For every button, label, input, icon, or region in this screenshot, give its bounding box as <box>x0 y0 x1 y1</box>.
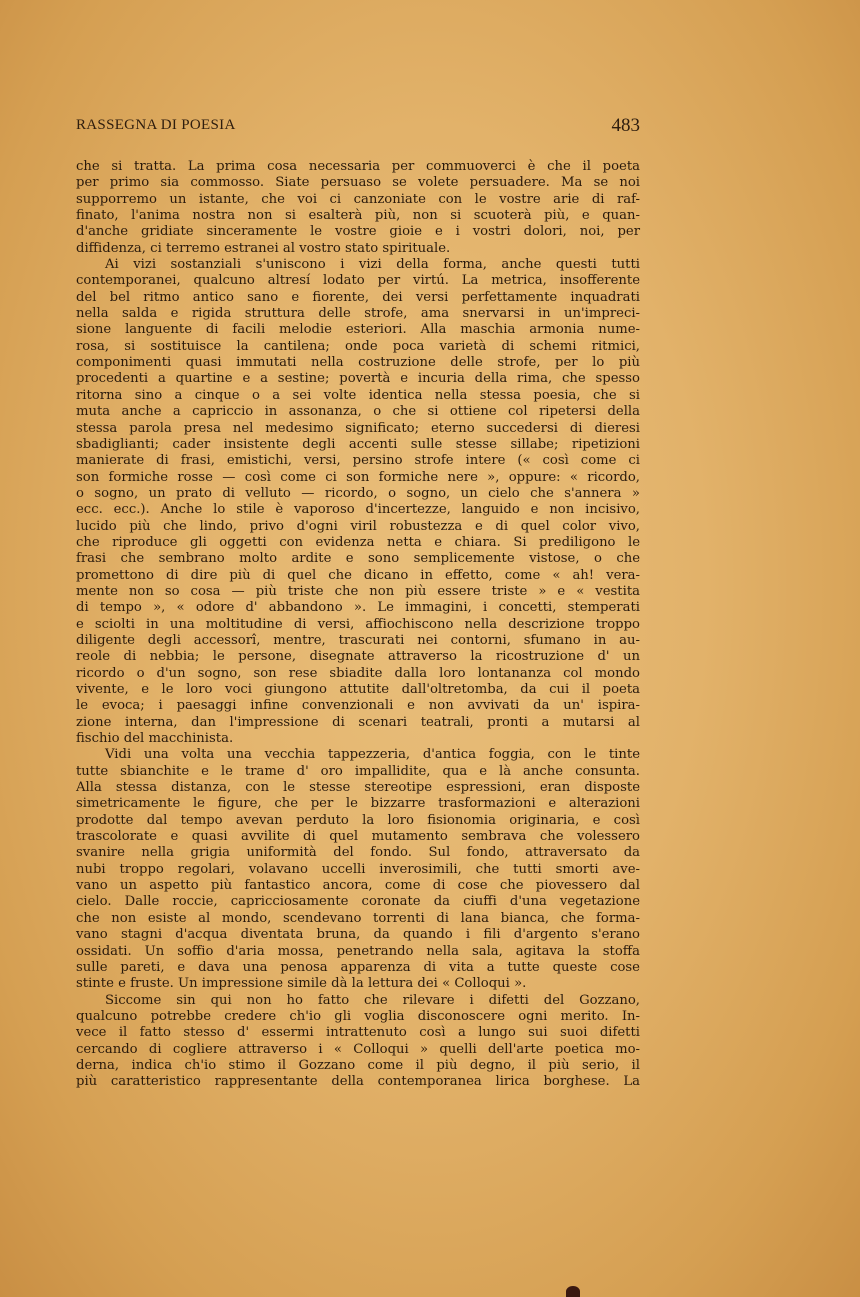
running-title: RASSEGNA DI POESIA <box>76 117 236 134</box>
text-line: muta anche a capriccio in assonanza, o c… <box>76 404 640 420</box>
text-line: svanire nella grigia uniformità del fond… <box>76 845 640 861</box>
body-text: che si tratta. La prima cosa necessaria … <box>76 159 640 1091</box>
text-line: diligente degli accessorî, mentre, trasc… <box>76 633 640 649</box>
text-line: vivente, e le loro voci giungono attutit… <box>76 682 640 698</box>
text-line: Ai vizi sostanziali s'uniscono i vizi de… <box>76 257 640 273</box>
text-line: d'anche gridiate sinceramente le vostre … <box>76 224 640 240</box>
text-line: stinte e fruste. Un impressione simile d… <box>76 976 640 992</box>
text-line: sbadiglianti; cader insistente degli acc… <box>76 437 640 453</box>
text-line: diffidenza, ci terremo estranei al vostr… <box>76 241 640 257</box>
text-line: procedenti a quartine e a sestine; pover… <box>76 371 640 387</box>
page-header: RASSEGNA DI POESIA 483 <box>76 115 640 139</box>
text-line: stessa parola presa nel medesimo signifi… <box>76 421 640 437</box>
text-line: cercando di cogliere attraverso i « Coll… <box>76 1042 640 1058</box>
text-line: ecc. ecc.). Anche lo stile è vaporoso d'… <box>76 502 640 518</box>
page-number: 483 <box>612 115 641 137</box>
text-line: ricordo o d'un sogno, son rese sbiadite … <box>76 666 640 682</box>
text-line: son formiche rosse — così come ci son fo… <box>76 470 640 486</box>
text-line: finato, l'anima nostra non si esalterà p… <box>76 208 640 224</box>
text-line: vano un aspetto più fantastico ancora, c… <box>76 878 640 894</box>
text-line: nella salda e rigida struttura delle str… <box>76 306 640 322</box>
text-line: simetricamente le figure, che per le biz… <box>76 796 640 812</box>
text-line: ossidati. Un soffio d'aria mossa, penetr… <box>76 944 640 960</box>
paragraph: Vidi una volta una vecchia tappezzeria, … <box>76 747 640 992</box>
text-line: Vidi una volta una vecchia tappezzeria, … <box>76 747 640 763</box>
text-line: vece il fatto stesso d' essermi intratte… <box>76 1025 640 1041</box>
paragraph: Ai vizi sostanziali s'uniscono i vizi de… <box>76 257 640 747</box>
text-line: le evoca; i paesaggi infine convenzional… <box>76 698 640 714</box>
text-line: più caratteristico rappresentante della … <box>76 1074 640 1090</box>
text-line: Siccome sin qui non ho fatto che rilevar… <box>76 993 640 1009</box>
text-line: fischio del macchinista. <box>76 731 640 747</box>
text-line: lucido più che lindo, privo d'ogni viril… <box>76 519 640 535</box>
text-line: frasi che sembrano molto ardite e sono s… <box>76 551 640 567</box>
text-line: componimenti quasi immutati nella costru… <box>76 355 640 371</box>
text-line: che si tratta. La prima cosa necessaria … <box>76 159 640 175</box>
ink-blot-mark <box>566 1286 580 1297</box>
text-line: Alla stessa distanza, con le stesse ster… <box>76 780 640 796</box>
paragraph: che si tratta. La prima cosa necessaria … <box>76 159 640 257</box>
book-page: RASSEGNA DI POESIA 483 che si tratta. La… <box>0 0 860 1297</box>
text-line: qualcuno potrebbe credere ch'io gli vogl… <box>76 1009 640 1025</box>
text-line: trascolorate e quasi avvilite di quel mu… <box>76 829 640 845</box>
text-line: supporremo un istante, che voi ci canzon… <box>76 192 640 208</box>
text-line: contemporanei, qualcuno altresí lodato p… <box>76 273 640 289</box>
text-line: tutte sbianchite e le trame d' oro impal… <box>76 764 640 780</box>
text-line: manierate di frasi, emistichi, versi, pe… <box>76 453 640 469</box>
text-line: e sciolti in una moltitudine di versi, a… <box>76 617 640 633</box>
text-line: prodotte dal tempo avevan perduto la lor… <box>76 813 640 829</box>
text-line: mente non so cosa — più triste che non p… <box>76 584 640 600</box>
text-line: cielo. Dalle roccie, capricciosamente co… <box>76 894 640 910</box>
text-line: del bel ritmo antico sano e fiorente, de… <box>76 290 640 306</box>
text-line: che non esiste al mondo, scendevano torr… <box>76 911 640 927</box>
text-line: derna, indica ch'io stimo il Gozzano com… <box>76 1058 640 1074</box>
text-line: sulle pareti, e dava una penosa apparenz… <box>76 960 640 976</box>
text-line: o sogno, un prato di velluto — ricordo, … <box>76 486 640 502</box>
text-line: vano stagni d'acqua diventata bruna, da … <box>76 927 640 943</box>
text-line: ritorna sino a cinque o a sei volte iden… <box>76 388 640 404</box>
text-line: per primo sia commosso. Siate persuaso s… <box>76 175 640 191</box>
text-line: nubi troppo regolari, volavano uccelli i… <box>76 862 640 878</box>
text-line: di tempo », « odore d' abbandono ». Le i… <box>76 600 640 616</box>
text-line: che riproduce gli oggetti con evidenza n… <box>76 535 640 551</box>
text-line: sione languente di facili melodie esteri… <box>76 322 640 338</box>
text-line: zione interna, dan l'impressione di scen… <box>76 715 640 731</box>
paragraph: Siccome sin qui non ho fatto che rilevar… <box>76 993 640 1091</box>
text-line: promettono di dire più di quel che dican… <box>76 568 640 584</box>
text-line: rosa, si sostituisce la cantilena; onde … <box>76 339 640 355</box>
text-line: reole di nebbia; le persone, disegnate a… <box>76 649 640 665</box>
